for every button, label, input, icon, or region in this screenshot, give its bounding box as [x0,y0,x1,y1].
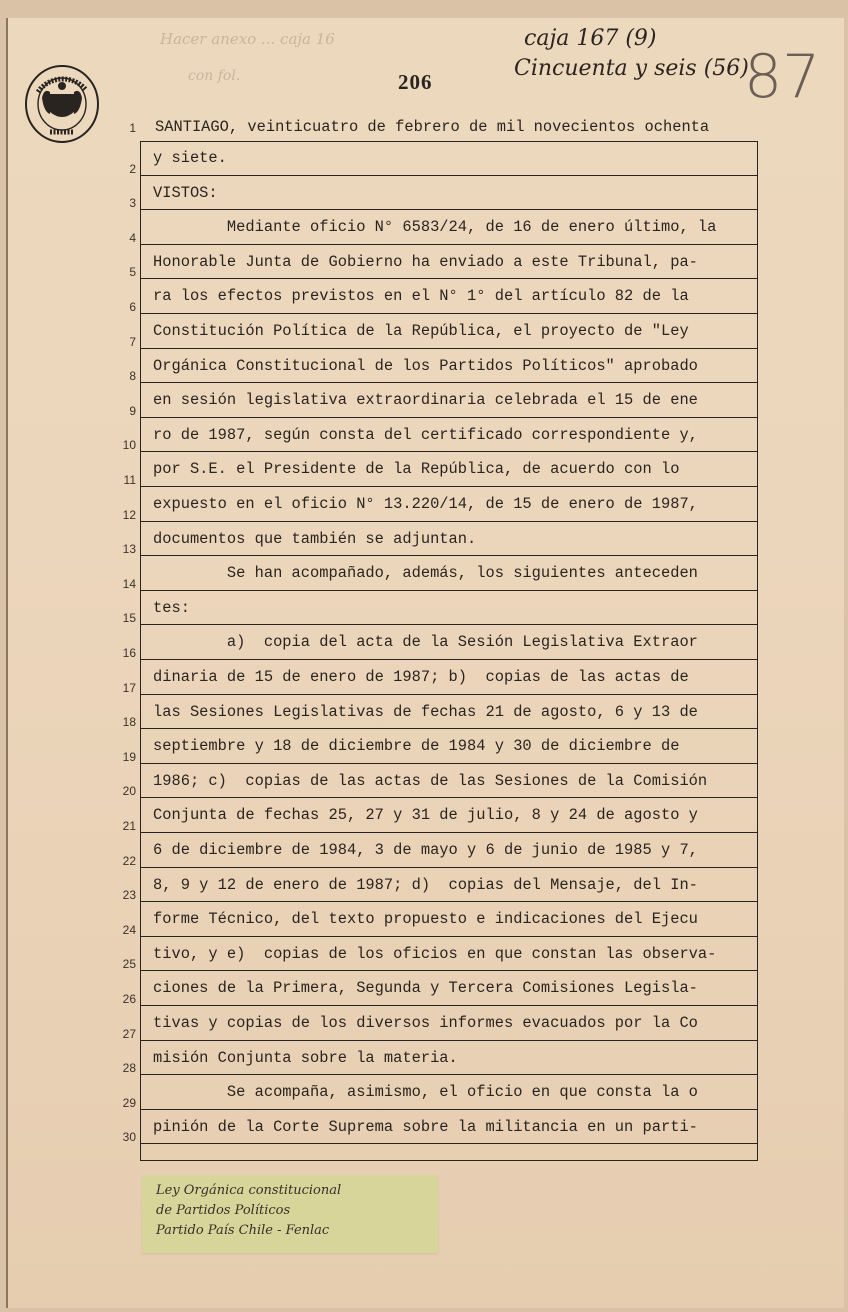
ruled-row [140,591,758,626]
document-line: 1986; c) copias de las actas de las Sesi… [153,772,707,790]
line-number: 20 [112,784,136,798]
document-line: VISTOS: [153,184,218,202]
document-line: las Sesiones Legislativas de fechas 21 d… [153,703,698,721]
document-line: tivas y copias de los diversos informes … [153,1014,698,1032]
line-number: 28 [112,1061,136,1075]
line-number: 12 [112,508,136,522]
line-number: 26 [112,992,136,1006]
line-number: 4 [112,231,136,245]
document-line: Se acompaña, asimismo, el oficio en que … [153,1083,698,1101]
document-line: expuesto en el oficio N° 13.220/14, de 1… [153,495,698,513]
document-line: Constitución Política de la República, e… [153,322,689,340]
line-number: 7 [112,335,136,349]
line-number: 5 [112,265,136,279]
document-line: ra los efectos previstos en el N° 1° del… [153,287,689,305]
document-line: SANTIAGO, veinticuatro de febrero de mil… [155,118,709,136]
line-number: 21 [112,819,136,833]
line-number: 29 [112,1096,136,1110]
document-line: Mediante oficio N° 6583/24, de 16 de ene… [153,218,716,236]
document-line: forme Técnico, del texto propuesto e ind… [153,910,698,928]
document-line: Se han acompañado, además, los siguiente… [153,564,698,582]
line-number: 8 [112,369,136,383]
document-line: Honorable Junta de Gobierno ha enviado a… [153,253,698,271]
document-line: misión Conjunta sobre la materia. [153,1049,458,1067]
document-line: 8, 9 y 12 de enero de 1987; d) copias de… [153,876,698,894]
handwritten-box-reference: caja 167 (9) [524,26,657,51]
document-line: por S.E. el Presidente de la República, … [153,460,679,478]
sticky-note-line: de Partidos Políticos [156,1203,290,1218]
handwritten-folio-words: Cincuenta y seis (56) [514,56,749,81]
document-line: dinaria de 15 de enero de 1987; b) copia… [153,668,689,686]
line-number: 16 [112,646,136,660]
sticky-note-line: Partido País Chile - Fenlac [156,1223,329,1238]
document-line: y siete. [153,149,227,167]
line-number: 17 [112,681,136,695]
line-number: 25 [112,957,136,971]
document-line: ro de 1987, según consta del certificado… [153,426,698,444]
document-line: 6 de diciembre de 1984, 3 de mayo y 6 de… [153,841,698,859]
document-line: septiembre y 18 de diciembre de 1984 y 3… [153,737,679,755]
document-line: Conjunta de fechas 25, 27 y 31 de julio,… [153,806,698,824]
line-number: 14 [112,577,136,591]
line-number: 6 [112,300,136,314]
line-number: 23 [112,888,136,902]
document-line: tes: [153,599,190,617]
ruled-row [140,141,758,176]
line-number: 15 [112,611,136,625]
line-number: 2 [112,162,136,176]
document-line: ciones de la Primera, Segunda y Tercera … [153,979,698,997]
tribunal-seal-icon [24,64,100,144]
line-number: 22 [112,854,136,868]
document-line: tivo, y e) copias de los oficios en que … [153,945,716,963]
line-number: 19 [112,750,136,764]
line-number: 10 [112,438,136,452]
line-number: 27 [112,1027,136,1041]
document-line: documentos que también se adjuntan. [153,530,476,548]
line-number: 13 [112,542,136,556]
page-number: 206 [398,70,433,95]
line-number: 18 [112,715,136,729]
line-number: 30 [112,1130,136,1144]
document-line: en sesión legislativa extraordinaria cel… [153,391,698,409]
line-number: 24 [112,923,136,937]
handwritten-faint-note-2: con fol. [188,68,240,84]
handwritten-faint-note: Hacer anexo ... caja 16 [160,30,335,48]
line-number: 3 [112,196,136,210]
handwritten-folio-number: 87 [744,42,820,112]
line-number: 11 [112,473,136,487]
document-line: a) copia del acta de la Sesión Legislati… [153,633,698,651]
sticky-note: Ley Orgánica constitucional de Partidos … [142,1175,438,1253]
line-number: 1 [112,121,136,135]
sticky-note-line: Ley Orgánica constitucional [156,1183,341,1198]
document-line: pinión de la Corte Suprema sobre la mili… [153,1118,698,1136]
document-line: Orgánica Constitucional de los Partidos … [153,357,698,375]
line-number: 9 [112,404,136,418]
ruled-row [140,176,758,211]
